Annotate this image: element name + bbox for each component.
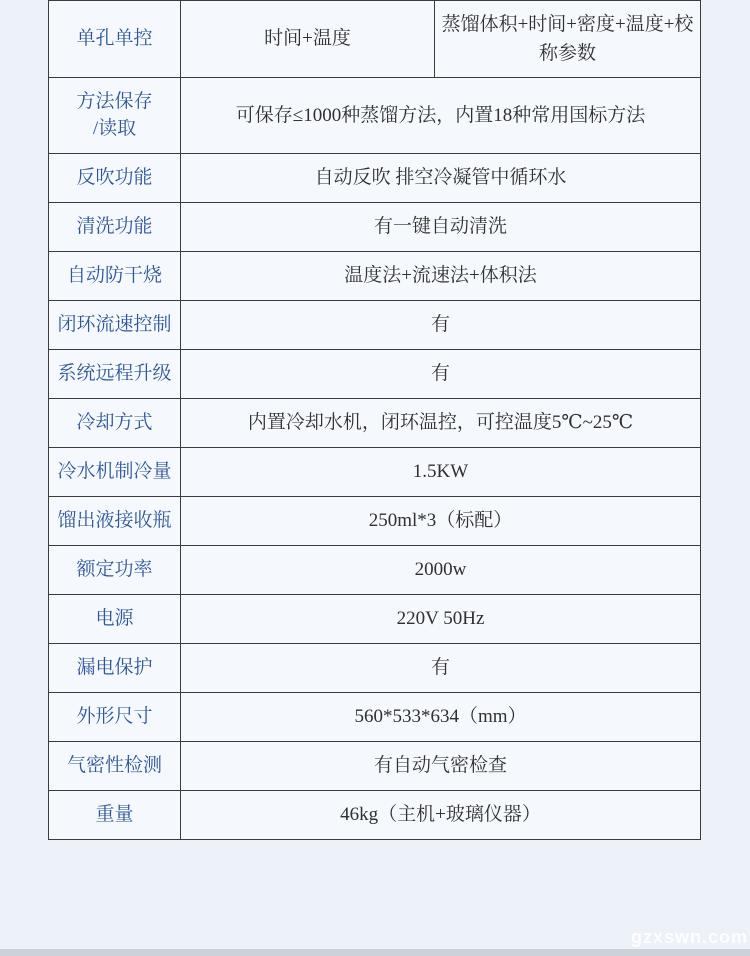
spec-value: 有一键自动清洗: [181, 203, 701, 252]
spec-value: 220V 50Hz: [181, 595, 701, 644]
spec-label: 冷水机制冷量: [49, 448, 181, 497]
watermark: gzxswn.com: [631, 927, 748, 948]
spec-label: 方法保存 /读取: [49, 78, 181, 154]
spec-value: 1.5KW: [181, 448, 701, 497]
table-row: 冷水机制冷量1.5KW: [49, 448, 701, 497]
spec-label: 闭环流速控制: [49, 301, 181, 350]
spec-value: 有: [181, 301, 701, 350]
table-row: 外形尺寸560*533*634（mm）: [49, 693, 701, 742]
spec-value: 蒸馏体积+时间+密度+温度+校称参数: [435, 1, 701, 78]
table-row: 气密性检测有自动气密检查: [49, 742, 701, 791]
spec-label: 重量: [49, 791, 181, 840]
table-row: 自动防干烧温度法+流速法+体积法: [49, 252, 701, 301]
spec-label: 反吹功能: [49, 154, 181, 203]
spec-label: 额定功率: [49, 546, 181, 595]
spec-label: 自动防干烧: [49, 252, 181, 301]
spec-label: 馏出液接收瓶: [49, 497, 181, 546]
spec-value: 2000w: [181, 546, 701, 595]
table-row: 反吹功能自动反吹 排空冷凝管中循环水: [49, 154, 701, 203]
spec-label: 冷却方式: [49, 399, 181, 448]
spec-value: 250ml*3（标配）: [181, 497, 701, 546]
spec-table-body: 单孔单控时间+温度蒸馏体积+时间+密度+温度+校称参数方法保存 /读取可保存≤1…: [49, 1, 701, 840]
table-row: 额定功率2000w: [49, 546, 701, 595]
spec-value: 自动反吹 排空冷凝管中循环水: [181, 154, 701, 203]
spec-value: 有: [181, 644, 701, 693]
spec-value: 温度法+流速法+体积法: [181, 252, 701, 301]
spec-value: 有自动气密检查: [181, 742, 701, 791]
spec-table: 单孔单控时间+温度蒸馏体积+时间+密度+温度+校称参数方法保存 /读取可保存≤1…: [48, 0, 701, 840]
spec-label: 单孔单控: [49, 1, 181, 78]
spec-label: 清洗功能: [49, 203, 181, 252]
spec-label: 漏电保护: [49, 644, 181, 693]
table-row: 冷却方式内置冷却水机，闭环温控，可控温度5℃~25℃: [49, 399, 701, 448]
spec-value: 时间+温度: [181, 1, 435, 78]
spec-value: 560*533*634（mm）: [181, 693, 701, 742]
table-row: 重量46kg（主机+玻璃仪器）: [49, 791, 701, 840]
table-row: 闭环流速控制有: [49, 301, 701, 350]
spec-value: 内置冷却水机，闭环温控，可控温度5℃~25℃: [181, 399, 701, 448]
table-row: 漏电保护有: [49, 644, 701, 693]
spec-label: 电源: [49, 595, 181, 644]
table-row: 馏出液接收瓶250ml*3（标配）: [49, 497, 701, 546]
spec-page: 单孔单控时间+温度蒸馏体积+时间+密度+温度+校称参数方法保存 /读取可保存≤1…: [0, 0, 750, 956]
bottom-bar: [0, 949, 750, 956]
spec-label: 系统远程升级: [49, 350, 181, 399]
table-row: 系统远程升级有: [49, 350, 701, 399]
table-row: 清洗功能有一键自动清洗: [49, 203, 701, 252]
spec-label: 外形尺寸: [49, 693, 181, 742]
table-row: 电源220V 50Hz: [49, 595, 701, 644]
table-row: 方法保存 /读取可保存≤1000种蒸馏方法，内置18种常用国标方法: [49, 78, 701, 154]
spec-value: 可保存≤1000种蒸馏方法，内置18种常用国标方法: [181, 78, 701, 154]
spec-value: 46kg（主机+玻璃仪器）: [181, 791, 701, 840]
spec-label: 气密性检测: [49, 742, 181, 791]
table-row: 单孔单控时间+温度蒸馏体积+时间+密度+温度+校称参数: [49, 1, 701, 78]
spec-value: 有: [181, 350, 701, 399]
